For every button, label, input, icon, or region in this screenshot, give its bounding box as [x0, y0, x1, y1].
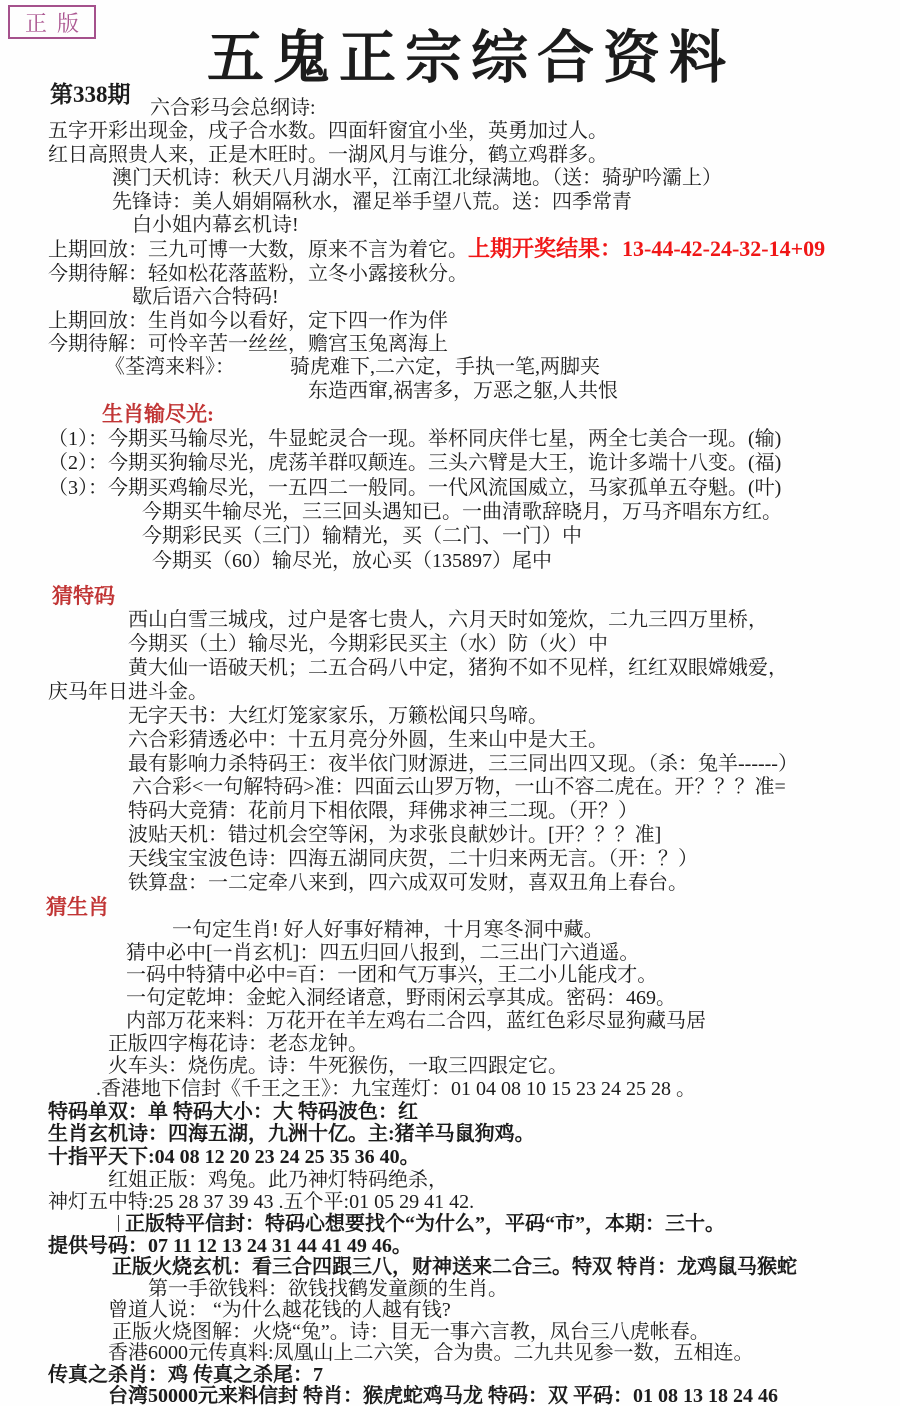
- text-line: 提供号码：07 11 12 13 24 31 44 41 49 46。: [0, 1236, 900, 1258]
- line-text: 正版四字梅花诗：老态龙钟。: [108, 1033, 368, 1055]
- line-text: 今期买（60）输尽光，放心买（135897）尾中: [152, 550, 552, 572]
- text-line: 无字天书：大红灯笼家家乐，万籁松闻只鸟啼。: [0, 705, 900, 729]
- line-text: 无字天书：大红灯笼家家乐，万籁松闻只鸟啼。: [128, 705, 548, 727]
- text-line: 六合彩<一句解特码>准：四面云山罗万物，一山不容二虎在。开？？？准=: [0, 776, 900, 800]
- line-text: 内部万花来料：万花开在羊左鸡右二合四，蓝红色彩尽显狗藏马居: [126, 1010, 706, 1032]
- line-text: 猜特码: [52, 584, 115, 608]
- text-line: 红姐正版：鸡兔。此乃神灯特码绝杀，: [0, 1169, 900, 1192]
- text-line: 一句定乾坤：金蛇入洞经诸意，野雨闲云享其成。密码：469。: [0, 987, 900, 1010]
- text-line: （2）：今期买狗输尽光，虎荡羊群叹颠连。三头六臂是大王，诡计多端十八变。(福): [0, 451, 900, 475]
- text-line: 香港6000元传真料:凤凰山上二六笑，合为贵。二九共见参一数，五相连。: [0, 1343, 900, 1365]
- text-line: 五字开彩出现金，戌子合水数。四面轩窗宜小坐，英勇加过人。: [0, 120, 900, 143]
- line-text: 红姐正版：鸡兔。此乃神灯特码绝杀，: [108, 1169, 448, 1191]
- line-text: 一句定生肖! 好人好事好精神，十月寒冬洞中藏。: [172, 919, 604, 941]
- text-line: 上期回放：生肖如今以看好，定下四一作为伴: [0, 310, 900, 333]
- line-text: 火车头：烧伤虎。诗：牛死猴伤，一取三四跟定它。: [108, 1055, 568, 1077]
- line-text: 一句定乾坤：金蛇入洞经诸意，野雨闲云享其成。密码：469。: [126, 987, 676, 1009]
- text-line: 六合彩马会总纲诗:: [0, 97, 900, 120]
- line-text: （3）：今期买鸡输尽光，一五四二一般同。一代风流国威立，马家孤单五夺魁。(叶): [48, 477, 781, 499]
- line-text: 生肖玄机诗：四海五湖，九洲十亿。主:猪羊马鼠狗鸡。: [48, 1123, 535, 1145]
- text-line: 内部万花来料：万花开在羊左鸡右二合四，蓝红色彩尽显狗藏马居: [0, 1010, 900, 1033]
- text-line: 猜中必中[一肖玄机]：四五归回八报到，二三出门六逍遥。: [0, 942, 900, 965]
- text-line: 波贴天机：错过机会空等闲，为求张良献妙计。[开？？？准]: [0, 824, 900, 848]
- line-text: 六合彩马会总纲诗:: [150, 97, 316, 119]
- text-line: .香港地下信封《千王之王》：九宝莲灯：01 04 08 10 15 23 24 …: [0, 1078, 900, 1101]
- line-text: 《荃湾来料》：: [105, 356, 235, 378]
- line-text: 铁算盘：一二定牵八来到，四六成双可发财，喜双丑角上春台。: [128, 872, 688, 894]
- line-text: 骑虎难下,二六定，手执一笔,两脚夹: [290, 356, 600, 378]
- line-text: 最有影响力杀特码王：夜半依门财源进，三三同出四又现。（杀：兔羊------）: [128, 753, 798, 775]
- text-line: 今期待解：轻如松花落蓝粉，立冬小露接秋分。: [0, 263, 900, 286]
- line-text: （2）：今期买狗输尽光，虎荡羊群叹颠连。三头六臂是大王，诡计多端十八变。(福): [48, 452, 781, 474]
- line-text: 特码单双：单 特码大小：大 特码波色：红: [48, 1101, 418, 1123]
- text-line: 《荃湾来料》：骑虎难下,二六定，手执一笔,两脚夹: [0, 356, 900, 379]
- text-line: 庆马年日进斗金。: [0, 681, 900, 705]
- text-line: （3）：今期买鸡输尽光，一五四二一般同。一代风流国威立，马家孤单五夺魁。(叶): [0, 476, 900, 500]
- line-text: 生肖输尽光:: [102, 402, 214, 426]
- text-line: 台湾50000元来料信封 特肖：猴虎蛇鸡马龙 特码：双 平码：01 08 13 …: [0, 1386, 900, 1406]
- document-page: 正版 五鬼正宗综合资料 第338期 六合彩马会总纲诗:五字开彩出现金，戌子合水数…: [0, 0, 900, 1406]
- line-text: 正版特平信封：特码心想要找个“为什么”，平码“市”，本期：三十。: [125, 1213, 725, 1235]
- text-line: 火车头：烧伤虎。诗：牛死猴伤，一取三四跟定它。: [0, 1055, 900, 1078]
- text-line: 神灯五中特:25 28 37 39 43 .五个平:01 05 29 41 42…: [0, 1191, 900, 1214]
- text-line: 西山白雪三城戌，过户是客七贵人，六月天时如笼炊，二九三四万里桥，: [0, 609, 900, 633]
- text-line: 今期买牛输尽光，三三回头遇知已。一曲清歌辞晓月，万马齐唱东方红。: [0, 500, 900, 524]
- line-text: 今期买牛输尽光，三三回头遇知已。一曲清歌辞晓月，万马齐唱东方红。: [142, 501, 782, 523]
- line-text: 西山白雪三城戌，过户是客七贵人，六月天时如笼炊，二九三四万里桥，: [128, 609, 768, 631]
- text-line: 六合彩猜透必中：十五月亮分外圆，生来山中是大王。: [0, 729, 900, 753]
- text-line: 特码单双：单 特码大小：大 特码波色：红: [0, 1101, 900, 1124]
- text-line: 铁算盘：一二定牵八来到，四六成双可发财，喜双丑角上春台。: [0, 872, 900, 896]
- text-line: 曾道人说： “为什么越花钱的人越有钱?: [0, 1300, 900, 1322]
- text-line: 澳门天机诗：秋天八月湖水平，江南江北绿满地。（送：骑驴吟灞上）: [0, 167, 900, 190]
- line-text: 曾道人说： “为什么越花钱的人越有钱?: [108, 1299, 451, 1321]
- text-line: 十指平天下:04 08 12 20 23 24 25 35 36 40。: [0, 1146, 900, 1169]
- line-text: 天线宝宝波色诗：四海五湖同庆贺，二十归来两无言。（开：？）: [128, 848, 698, 870]
- text-line: 白小姐内幕玄机诗!: [0, 214, 900, 237]
- line-text: 上期回放：生肖如今以看好，定下四一作为伴: [48, 310, 448, 332]
- text-line: （1）：今期买马输尽光，牛显蛇灵合一现。举杯同庆伴七星，两全七美合一现。(输): [0, 427, 900, 451]
- line-text: 澳门天机诗：秋天八月湖水平，江南江北绿满地。（送：骑驴吟灞上）: [112, 167, 722, 189]
- text-line: 今期待解：可怜辛苦一丝丝，赡宫玉兔离海上: [0, 333, 900, 356]
- text-line: 天线宝宝波色诗：四海五湖同庆贺，二十归来两无言。（开：？）: [0, 848, 900, 872]
- text-line: 今期彩民买（三门）输精光，买（二门、一门）中: [0, 524, 900, 548]
- line-text: （1）：今期买马输尽光，牛显蛇灵合一现。举杯同庆伴七星，两全七美合一现。(输): [48, 428, 781, 450]
- line-text: 特码大竞猜：花前月下相依隈，拜佛求神三二现。（开？）: [128, 800, 638, 822]
- line-text: 上期回放：三九可博一大数，原来不言为着它。: [48, 239, 468, 261]
- line-text: 黄大仙一语破天机；二五合码八中定，猪狗不如不见样，红红双眼嫦娥爱，: [128, 657, 788, 679]
- text-line: 第一手欲钱料：欲钱找鹤发童颜的生肖。: [0, 1279, 900, 1301]
- text-line: 今期买（土）输尽光，今期彩民买主（水）防（火）中: [0, 633, 900, 657]
- line-text: 白小姐内幕玄机诗!: [132, 214, 299, 236]
- text-line: 一码中特猜中必中=百：一团和气万事兴，王二小儿能戌才。: [0, 964, 900, 987]
- text-line: 特码大竞猜：花前月下相依隈，拜佛求神三二现。（开？）: [0, 800, 900, 824]
- text-line: 歇后语六合特码!: [0, 286, 900, 309]
- vertical-bar: [118, 1215, 119, 1232]
- line-text: 十指平天下:04 08 12 20 23 24 25 35 36 40。: [48, 1146, 420, 1168]
- line-text: 今期待解：轻如松花落蓝粉，立冬小露接秋分。: [48, 263, 468, 285]
- section-heading: 猜生肖: [0, 896, 900, 919]
- line-text: 香港6000元传真料:凤凰山上二六笑，合为贵。二九共见参一数，五相连。: [108, 1342, 754, 1364]
- line-text: 先锋诗：美人娟娟隔秋水，濯足举手望八荒。送：四季常青: [112, 191, 632, 213]
- line-text: 今期彩民买（三门）输精光，买（二门、一门）中: [142, 525, 582, 547]
- line-text: 六合彩<一句解特码>准：四面云山罗万物，一山不容二虎在。开？？？准=: [132, 776, 786, 798]
- text-line: 黄大仙一语破天机；二五合码八中定，猪狗不如不见样，红红双眼嫦娥爱，: [0, 657, 900, 681]
- text-line: 传真之杀肖：鸡 传真之杀尾：7: [0, 1365, 900, 1387]
- text-line: 今期买（60）输尽光，放心买（135897）尾中: [0, 549, 900, 573]
- line-text: 提供号码：07 11 12 13 24 31 44 41 49 46。: [48, 1235, 412, 1257]
- line-text: 红日高照贵人来，正是木旺时。一湖风月与谁分，鹤立鸡群多。: [48, 144, 608, 166]
- text-line: 一句定生肖! 好人好事好精神，十月寒冬洞中藏。: [0, 919, 900, 942]
- text-line: 正版四字梅花诗：老态龙钟。: [0, 1033, 900, 1056]
- line-text: 猜生肖: [46, 895, 109, 919]
- text-line: 最有影响力杀特码王：夜半依门财源进，三三同出四又现。（杀：兔羊------）: [0, 753, 900, 777]
- text-line: 正版特平信封：特码心想要找个“为什么”，平码“市”，本期：三十。: [0, 1214, 900, 1236]
- text-line: 上期回放：三九可博一大数，原来不言为着它。上期开奖结果：13-44-42-24-…: [0, 237, 900, 262]
- line-text: 台湾50000元来料信封 特肖：猴虎蛇鸡马龙 特码：双 平码：01 08 13 …: [108, 1385, 778, 1406]
- line-text: 六合彩猜透必中：十五月亮分外圆，生来山中是大王。: [128, 729, 608, 751]
- line-text: 一码中特猜中必中=百：一团和气万事兴，王二小儿能戌才。: [126, 964, 657, 986]
- line-text: 歇后语六合特码!: [132, 286, 279, 308]
- section-heading: 生肖输尽光:: [0, 403, 900, 426]
- text-line: 正版火烧玄机：看三合四跟三八，财神送来二合三。特双 特肖：龙鸡鼠马猴蛇: [0, 1257, 900, 1279]
- last-draw-result: 上期开奖结果：13-44-42-24-32-14+09: [468, 236, 825, 261]
- section-heading: 猜特码: [0, 583, 900, 609]
- line-text: 猜中必中[一肖玄机]：四五归回八报到，二三出门六逍遥。: [126, 942, 639, 964]
- line-text: 今期买（土）输尽光，今期彩民买主（水）防（火）中: [128, 633, 608, 655]
- line-text: 东造西窜,祸害多，万恶之躯,人共恨: [308, 380, 618, 402]
- line-text: 第一手欲钱料：欲钱找鹤发童颜的生肖。: [148, 1278, 508, 1300]
- issue-number: 第338期: [50, 76, 131, 109]
- line-text: 传真之杀肖：鸡 传真之杀尾：7: [48, 1364, 323, 1386]
- text-line: 正版火烧图解：火烧“兔”。诗：目无一事六言教，凤台三八虎帐春。: [0, 1322, 900, 1344]
- line-text: 正版火烧玄机：看三合四跟三八，财神送来二合三。特双 特肖：龙鸡鼠马猴蛇: [112, 1256, 797, 1278]
- line-text: 神灯五中特:25 28 37 39 43 .五个平:01 05 29 41 42…: [48, 1191, 474, 1213]
- content-lines: 六合彩马会总纲诗:五字开彩出现金，戌子合水数。四面轩窗宜小坐，英勇加过人。红日高…: [0, 0, 900, 1406]
- page-title: 五鬼正宗综合资料: [0, 12, 900, 94]
- text-line: 先锋诗：美人娟娟隔秋水，濯足举手望八荒。送：四季常青: [0, 191, 900, 214]
- text-line: 东造西窜,祸害多，万恶之躯,人共恨: [0, 380, 900, 403]
- text-line: 红日高照贵人来，正是木旺时。一湖风月与谁分，鹤立鸡群多。: [0, 144, 900, 167]
- line-text: .香港地下信封《千王之王》：九宝莲灯：01 04 08 10 15 23 24 …: [96, 1078, 696, 1100]
- line-text: 五字开彩出现金，戌子合水数。四面轩窗宜小坐，英勇加过人。: [48, 120, 608, 142]
- line-text: 波贴天机：错过机会空等闲，为求张良献妙计。[开？？？准]: [128, 824, 661, 846]
- line-text: 庆马年日进斗金。: [48, 681, 208, 703]
- line-text: 今期待解：可怜辛苦一丝丝，赡宫玉兔离海上: [48, 333, 448, 355]
- text-line: 生肖玄机诗：四海五湖，九洲十亿。主:猪羊马鼠狗鸡。: [0, 1123, 900, 1146]
- line-text: 正版火烧图解：火烧“兔”。诗：目无一事六言教，凤台三八虎帐春。: [112, 1321, 710, 1343]
